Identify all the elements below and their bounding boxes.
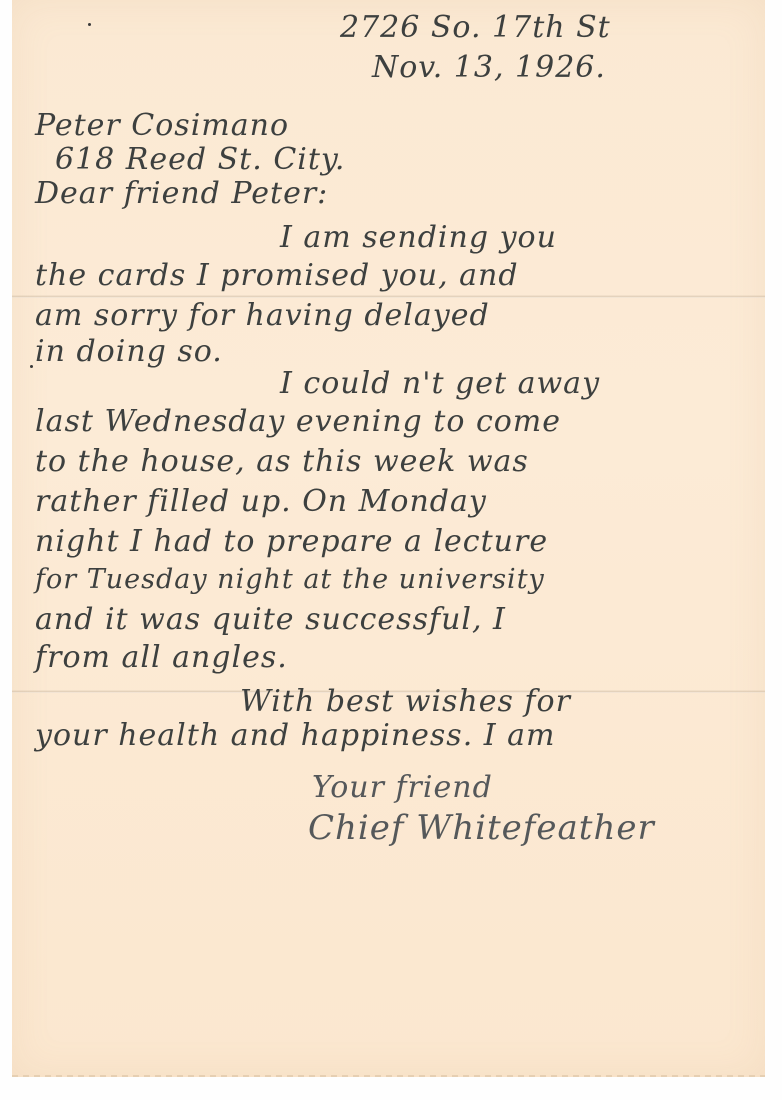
body-line: your health and happiness. I am — [35, 718, 556, 753]
body-line: I could n't get away — [280, 366, 600, 401]
recipient-name: Peter Cosimano — [35, 108, 289, 143]
body-line: With best wishes for — [240, 684, 571, 719]
body-line: for Tuesday night at the university — [35, 564, 545, 595]
ink-speck — [88, 23, 91, 26]
sender-address: 2726 So. 17th St — [340, 10, 611, 45]
body-line: the cards I promised you, and — [35, 258, 519, 293]
recipient-address: 618 Reed St. City. — [55, 142, 345, 177]
paper-torn-edge — [12, 1075, 765, 1077]
closing: Your friend — [312, 770, 493, 805]
body-line: rather filled up. On Monday — [35, 484, 487, 519]
ink-speck — [30, 365, 33, 368]
signature: Chief Whitefeather — [308, 808, 655, 848]
body-line: last Wednesday evening to come — [35, 404, 561, 439]
body-line: and it was quite successful, I — [35, 602, 506, 637]
body-line: to the house, as this week was — [35, 444, 529, 479]
body-line: in doing so. — [35, 334, 223, 369]
letter-date: Nov. 13, 1926. — [372, 50, 606, 85]
body-line: am sorry for having delayed — [35, 298, 490, 333]
body-line: I am sending you — [280, 220, 557, 255]
salutation: Dear friend Peter: — [35, 176, 328, 211]
body-line: night I had to prepare a lecture — [35, 524, 548, 559]
body-line: from all angles. — [35, 640, 288, 675]
letter-paper: 2726 So. 17th St Nov. 13, 1926. Peter Co… — [12, 0, 765, 1077]
